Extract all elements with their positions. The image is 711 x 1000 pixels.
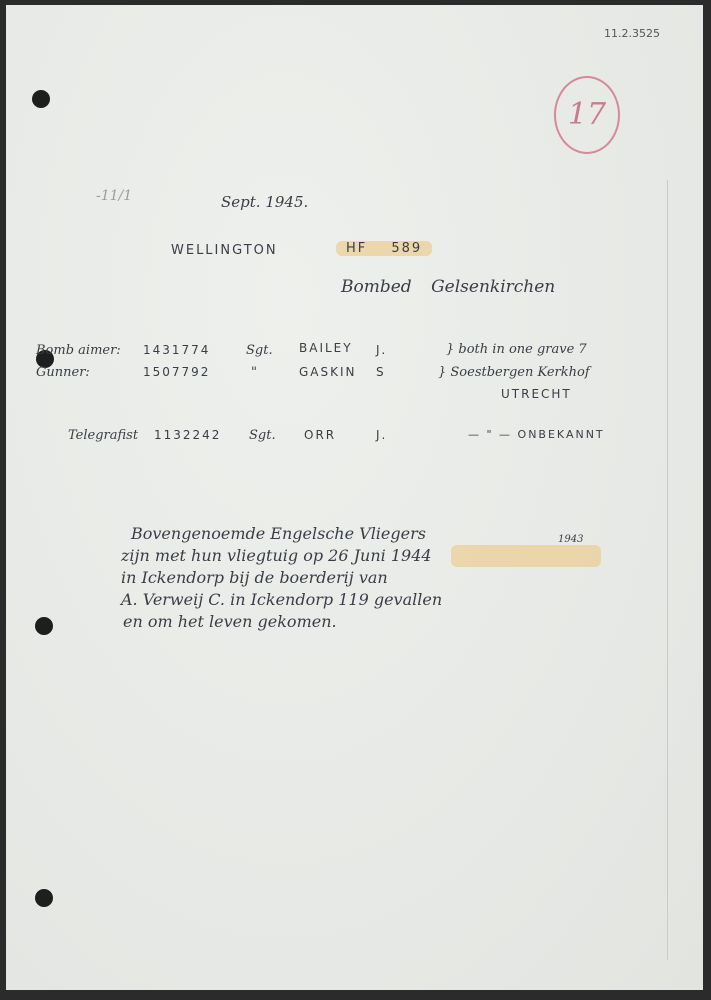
- crew-rank: ": [251, 365, 257, 380]
- aircraft-serial: HF 589: [336, 241, 432, 256]
- crew-role: Bomb aimer:: [36, 343, 121, 358]
- crew-initial: J.: [376, 428, 387, 442]
- crew-rank: Sgt.: [246, 343, 273, 358]
- document-date: Sept. 1945.: [221, 193, 308, 211]
- crew-rank: Sgt.: [249, 428, 276, 443]
- crew-number: 1431774: [143, 343, 210, 357]
- burial-city: UTRECHT: [501, 387, 572, 401]
- crew-name: BAILEY: [299, 341, 353, 355]
- crew-note: } both in one grave 7: [446, 342, 587, 357]
- sheet-number-stamp: 17: [554, 76, 620, 154]
- page-fold-line: [667, 180, 668, 960]
- crew-note: } Soestbergen Kerkhof: [438, 365, 590, 380]
- crew-role: Telegrafist: [68, 428, 138, 443]
- narrative-line: Bovengenoemde Engelsche Vliegers: [131, 523, 426, 545]
- crew-name: GASKIN: [299, 365, 357, 379]
- mission-target: Bombed Gelsenkirchen: [341, 277, 555, 297]
- punch-hole: [35, 889, 53, 907]
- crew-note: — " — ONBEKANNT: [468, 428, 605, 441]
- crew-number: 1132242: [154, 428, 221, 442]
- narrative-line-text: zijn met hun vliegtuig op 26 Juni 1944: [121, 546, 432, 565]
- date-prefix: -11/1: [96, 188, 132, 204]
- narrative-line: A. Verweij C. in Ickendorp 119 gevallen: [121, 589, 442, 611]
- crew-role: Gunner:: [36, 365, 90, 380]
- crew-initial: J.: [376, 343, 387, 357]
- date-highlight: [451, 545, 601, 567]
- date-correction: 1943: [558, 534, 583, 545]
- reference-number: 11.2.3525: [604, 27, 660, 40]
- narrative-line: in Ickendorp bij de boerderij van: [121, 567, 388, 589]
- aircraft-type: WELLINGTON: [171, 243, 278, 258]
- crew-number: 1507792: [143, 365, 210, 379]
- crew-initial: S: [376, 365, 386, 379]
- crew-name: ORR: [304, 428, 336, 442]
- narrative-line: en om het leven gekomen.: [123, 611, 337, 633]
- punch-hole: [32, 90, 50, 108]
- punch-hole: [35, 617, 53, 635]
- narrative-line: zijn met hun vliegtuig op 26 Juni 1944: [121, 545, 606, 567]
- document-page: 11.2.3525 17 -11/1 Sept. 1945. WELLINGTO…: [6, 5, 703, 990]
